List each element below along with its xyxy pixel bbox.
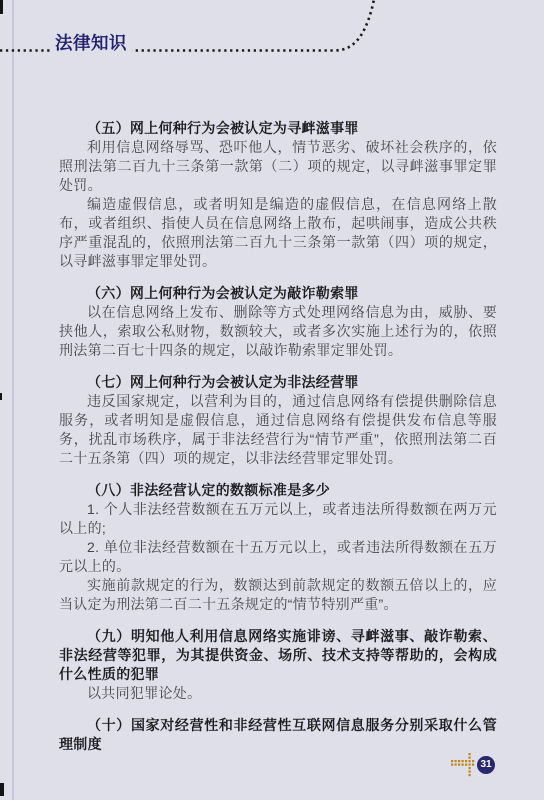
paragraph: 1. 个人非法经营数额在五万元以上，或者违法所得数额在两万元以上的; [59, 500, 497, 538]
section-heading: （十）国家对经营性和非经营性互联网信息服务分别采取什么管理制度 [59, 716, 497, 754]
page-number-badge: 31 [477, 756, 495, 774]
paragraph: 以共同犯罪论处。 [59, 684, 497, 703]
section-7: （七）网上何种行为会被认定为非法经营罪 违反国家规定，以营利为目的，通过信息网络… [59, 373, 497, 468]
page-content: （五）网上何种行为会被认定为寻衅滋事罪 利用信息网络辱骂、恐吓他人，情节恶劣、破… [59, 119, 497, 754]
page-margin-line [12, 0, 14, 800]
paragraph: 违反国家规定，以营利为目的，通过信息网络有偿提供删除信息服务，或者明知是虚假信息… [59, 392, 497, 468]
book-page: 法律知识 （五）网上何种行为会被认定为寻衅滋事罪 利用信息网络辱骂、恐吓他人，情… [0, 0, 544, 800]
page-title: 法律知识 [53, 30, 132, 56]
section-heading: （九）明知他人利用信息网络实施诽谤、寻衅滋事、敲诈勒索、非法经营等犯罪，为其提供… [59, 627, 497, 684]
page-number: 31 [480, 760, 491, 770]
section-9: （九）明知他人利用信息网络实施诽谤、寻衅滋事、敲诈勒索、非法经营等犯罪，为其提供… [59, 627, 497, 703]
section-heading: （五）网上何种行为会被认定为寻衅滋事罪 [59, 119, 497, 138]
paragraph: 利用信息网络辱骂、恐吓他人，情节恶劣、破坏社会秩序的，依照刑法第二百九十三条第一… [59, 138, 497, 195]
paragraph: 以在信息网络上发布、删除等方式处理网络信息为由，威胁、要挟他人，索取公私财物，数… [59, 303, 497, 360]
section-heading: （八）非法经营认定的数额标准是多少 [59, 481, 497, 500]
paragraph: 编造虚假信息，或者明知是编造的虚假信息，在信息网络上散布，或者组织、指使人员在信… [59, 195, 497, 271]
print-mark-top [0, 0, 3, 14]
section-6: （六）网上何种行为会被认定为敲诈勒索罪 以在信息网络上发布、删除等方式处理网络信… [59, 284, 497, 360]
section-5: （五）网上何种行为会被认定为寻衅滋事罪 利用信息网络辱骂、恐吓他人，情节恶劣、破… [59, 119, 497, 271]
section-8: （八）非法经营认定的数额标准是多少 1. 个人非法经营数额在五万元以上，或者违法… [59, 481, 497, 614]
section-heading: （七）网上何种行为会被认定为非法经营罪 [59, 373, 497, 392]
paragraph: 实施前款规定的行为，数额达到前款规定的数额五倍以上的，应当认定为刑法第二百二十五… [59, 576, 497, 614]
paragraph: 2. 单位非法经营数额在十五万元以上，或者违法所得数额在五万元以上的。 [59, 538, 497, 576]
section-10: （十）国家对经营性和非经营性互联网信息服务分别采取什么管理制度 [59, 716, 497, 754]
print-mark-middle [0, 393, 2, 400]
print-mark-bottom [0, 783, 4, 796]
section-heading: （六）网上何种行为会被认定为敲诈勒索罪 [59, 284, 497, 303]
